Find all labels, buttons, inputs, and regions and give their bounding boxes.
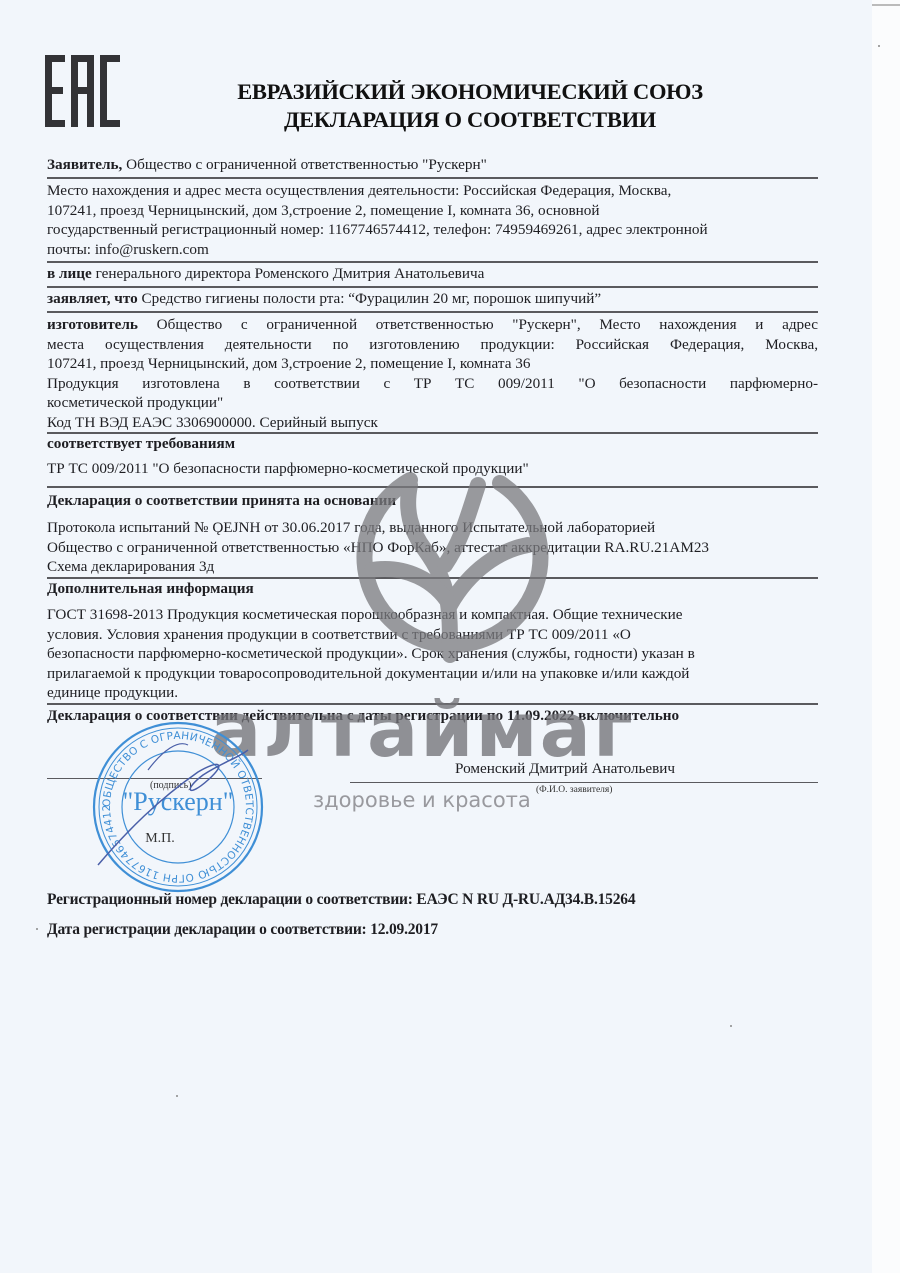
divider bbox=[47, 177, 818, 179]
manufacturer-line: косметической продукции" bbox=[47, 393, 818, 413]
eac-mark-icon bbox=[45, 55, 120, 127]
address-line: государственный регистрационный номер: 1… bbox=[47, 220, 818, 240]
scan-edge bbox=[872, 0, 900, 1273]
scan-speck bbox=[878, 45, 880, 47]
manufacturer-line: места осуществления деятельности по изго… bbox=[47, 335, 818, 355]
requirements-heading: соответствует требованиям bbox=[47, 434, 818, 454]
registration-date: Дата регистрации декларации о соответств… bbox=[47, 921, 438, 939]
watermark-brand: алтаймаг bbox=[210, 690, 635, 770]
scan-speck bbox=[176, 1095, 178, 1097]
address-line: 107241, проезд Черницынский, дом 3,строе… bbox=[47, 201, 818, 221]
representative-row: в лице генерального директора Роменского… bbox=[47, 264, 818, 284]
additional-heading-text: Дополнительная информация bbox=[47, 580, 254, 597]
watermark-tagline: здоровье и красота bbox=[313, 788, 531, 812]
additional-line: прилагаемой к продукции товаросопроводит… bbox=[47, 664, 818, 684]
scan-mark bbox=[872, 4, 900, 6]
divider bbox=[47, 286, 818, 288]
svg-text:"Рускерн": "Рускерн" bbox=[123, 787, 234, 816]
basis-heading-text: Декларация о соответствии принята на осн… bbox=[47, 492, 396, 509]
scan-speck bbox=[730, 1025, 732, 1027]
name-caption: (Ф.И.О. заявителя) bbox=[536, 785, 612, 795]
manufacturer-block: изготовитель Общество с ограниченной отв… bbox=[47, 315, 818, 432]
title-line-2: ДЕКЛАРАЦИЯ О СООТВЕТСТВИИ bbox=[180, 106, 760, 134]
applicant-value: Общество с ограниченной ответственностью… bbox=[126, 156, 487, 173]
manufacturer-line: изготовитель Общество с ограниченной отв… bbox=[47, 315, 818, 335]
svg-text:М.П.: М.П. bbox=[145, 831, 175, 846]
applicant-row: Заявитель, Общество с ограниченной ответ… bbox=[47, 155, 818, 175]
manufacturer-line: 107241, проезд Черницынский, дом 3,строе… bbox=[47, 354, 818, 374]
page-title: ЕВРАЗИЙСКИЙ ЭКОНОМИЧЕСКИЙ СОЮЗ ДЕКЛАРАЦИ… bbox=[180, 78, 760, 134]
applicant-label: Заявитель, bbox=[47, 156, 122, 173]
declares-row: заявляет, что Средство гигиены полости р… bbox=[47, 289, 818, 309]
watermark-tree-logo-icon bbox=[350, 455, 550, 665]
divider bbox=[47, 261, 818, 263]
manufacturer-label: изготовитель bbox=[47, 316, 138, 333]
manufacturer-line: Продукция изготовлена в соответствии с Т… bbox=[47, 374, 818, 394]
name-line bbox=[350, 782, 818, 783]
hs-code-line: Код ТН ВЭД ЕАЭС 3306900000. Серийный вып… bbox=[47, 413, 818, 433]
manufacturer-text: Общество с ограниченной ответственностью… bbox=[157, 316, 818, 333]
title-line-1: ЕВРАЗИЙСКИЙ ЭКОНОМИЧЕСКИЙ СОЮЗ bbox=[180, 78, 760, 106]
declares-label: заявляет, что bbox=[47, 290, 138, 307]
address-line: почты: info@ruskern.com bbox=[47, 240, 818, 260]
representative-label: в лице bbox=[47, 265, 92, 282]
requirements-heading-text: соответствует требованиям bbox=[47, 435, 235, 452]
company-stamp: ОБЩЕСТВО С ОГРАНИЧЕННОЙ ОТВЕТСТВЕННОСТЬЮ… bbox=[88, 720, 268, 895]
registration-number: Регистрационный номер декларации о соотв… bbox=[47, 891, 635, 909]
representative-value: генерального директора Роменского Дмитри… bbox=[96, 265, 485, 282]
divider bbox=[47, 311, 818, 313]
declares-value: Средство гигиены полости рта: “Фурацилин… bbox=[142, 290, 602, 307]
address-line: Место нахождения и адрес места осуществл… bbox=[47, 181, 818, 201]
address-block: Место нахождения и адрес места осуществл… bbox=[47, 181, 818, 259]
scan-speck bbox=[36, 928, 38, 930]
